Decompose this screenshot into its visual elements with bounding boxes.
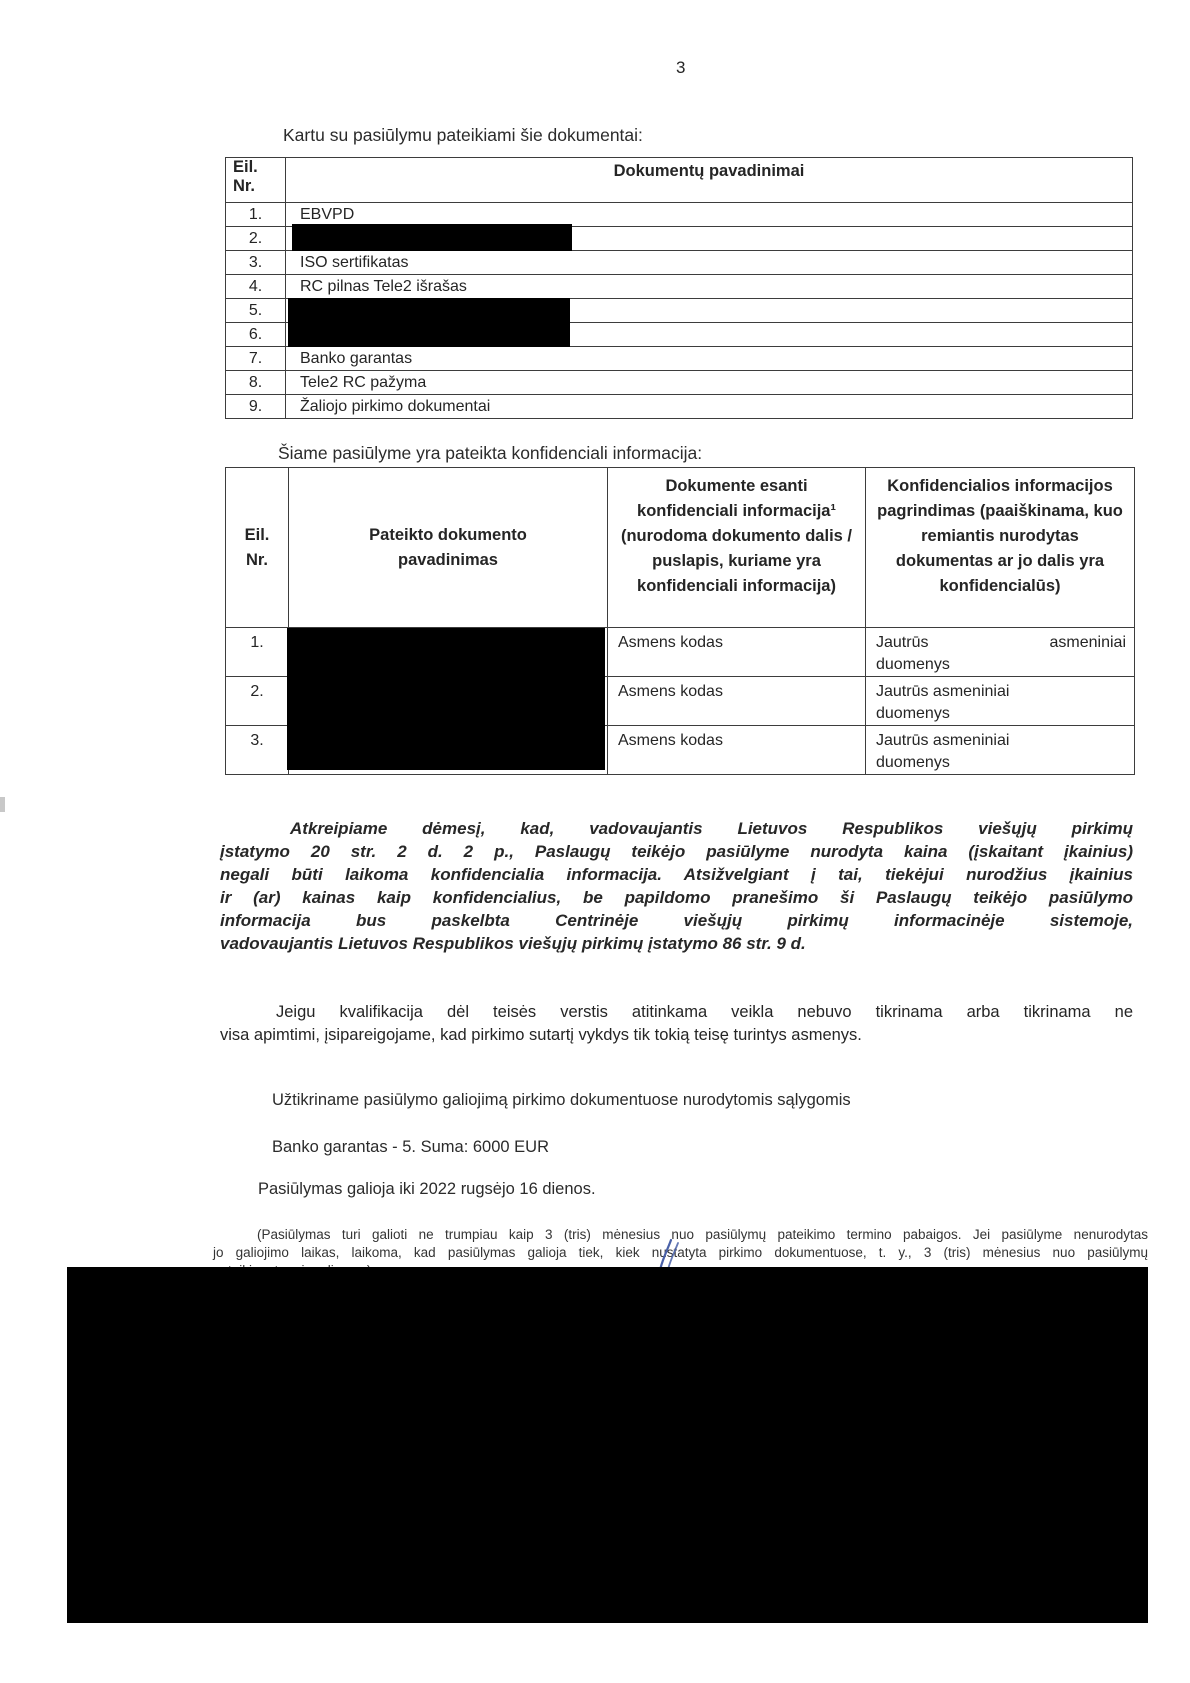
row-number-cell: 1. [226, 203, 286, 227]
redaction-block-bottom [67, 1267, 1148, 1623]
scanned-document-page: { "page": { "number": "3" }, "colors": {… [0, 0, 1190, 1683]
document-name-cell: EBVPD [286, 203, 1133, 227]
redaction-box-document-2 [292, 224, 572, 251]
row-number-cell: 6. [226, 323, 286, 347]
legal-notice-line: Atkreipiame dėmesį, kad, vadovaujantis L… [220, 817, 1133, 840]
basis-cell: Jautrūs asmeniniaiduomenys [866, 628, 1135, 677]
basis-cell: Jautrūs asmeniniaiduomenys [866, 677, 1135, 726]
offer-validity-line: Pasiūlymas galioja iki 2022 rugsėjo 16 d… [258, 1180, 596, 1199]
legal-notice-line: vadovaujantis Lietuvos Respublikos viešų… [220, 932, 1133, 955]
qualification-line: Jeigu kvalifikacija dėl teisės verstis a… [220, 1001, 1133, 1024]
qualification-line: visa apimtimi, įsipareigojame, kad pirki… [220, 1024, 1133, 1047]
document-name-cell: Žaliojo pirkimo dokumentai [286, 395, 1133, 419]
documents-table-header-name: Dokumentų pavadinimai [286, 158, 1133, 203]
documents-table-header-nr: Eil. Nr. [226, 158, 286, 203]
validity-assurance-line: Užtikriname pasiūlymo galiojimą pirkimo … [272, 1091, 851, 1110]
documents-table-row: 3.ISO sertifikatas [226, 251, 1133, 275]
confidential-section-heading: Šiame pasiūlyme yra pateikta konfidencia… [278, 443, 702, 464]
document-name-cell: ISO sertifikatas [286, 251, 1133, 275]
basis-line: Jautrūs asmeniniai [876, 730, 1126, 752]
basis-line: duomenys [876, 703, 1126, 725]
documents-section-heading: Kartu su pasiūlymu pateikiami šie dokume… [283, 125, 643, 146]
legal-notice-line: informacija bus paskelbta Centrinėje vie… [220, 909, 1133, 932]
scan-margin-artifact [0, 797, 5, 812]
document-name-cell: Tele2 RC pažyma [286, 371, 1133, 395]
row-number-cell: 7. [226, 347, 286, 371]
row-number-cell: 4. [226, 275, 286, 299]
documents-table-row: 9.Žaliojo pirkimo dokumentai [226, 395, 1133, 419]
confidential-table-header-doc: Pateikto dokumento pavadinimas [289, 468, 608, 628]
confidential-info-cell: Asmens kodas [608, 726, 866, 775]
row-number-cell: 8. [226, 371, 286, 395]
bank-guarantee-line: Banko garantas - 5. Suma: 6000 EUR [272, 1138, 549, 1157]
qualification-paragraph: Jeigu kvalifikacija dėl teisės verstis a… [220, 1001, 1133, 1047]
basis-line: Jautrūs asmeniniai [876, 632, 1126, 654]
row-number-cell: 5. [226, 299, 286, 323]
basis-line: Jautrūs asmeniniai [876, 681, 1126, 703]
basis-cell: Jautrūs asmeniniaiduomenys [866, 726, 1135, 775]
confidential-table-header-basis: Konfidencialios informacijos pagrindimas… [866, 468, 1135, 628]
confidential-table: Eil. Nr. Pateikto dokumento pavadinimas … [225, 467, 1135, 775]
confidential-info-cell: Asmens kodas [608, 628, 866, 677]
basis-line: duomenys [876, 752, 1126, 774]
documents-table-row: 7.Banko garantas [226, 347, 1133, 371]
confidential-table-header-nr: Eil. Nr. [226, 468, 289, 628]
legal-notice-line: įstatymo 20 str. 2 d. 2 p., Paslaugų tei… [220, 840, 1133, 863]
row-number-cell: 3. [226, 251, 286, 275]
page-number: 3 [676, 58, 685, 78]
documents-table: Eil. Nr. Dokumentų pavadinimai 1.EBVPD2.… [225, 157, 1133, 419]
confidential-info-cell: Asmens kodas [608, 677, 866, 726]
row-number-cell: 1. [226, 628, 289, 677]
document-name-cell: RC pilnas Tele2 išrašas [286, 275, 1133, 299]
documents-table-row: 4.RC pilnas Tele2 išrašas [226, 275, 1133, 299]
documents-table-row: 1.EBVPD [226, 203, 1133, 227]
row-number-cell: 9. [226, 395, 286, 419]
row-number-cell: 2. [226, 227, 286, 251]
basis-line: duomenys [876, 654, 1126, 676]
confidential-table-header-info: Dokumente esanti konfidenciali informaci… [608, 468, 866, 628]
redaction-box-documents-5-6 [288, 298, 570, 347]
legal-notice-paragraph: Atkreipiame dėmesį, kad, vadovaujantis L… [220, 817, 1133, 955]
legal-notice-line: negali būti laikoma konfidencialia infor… [220, 863, 1133, 886]
legal-notice-line: ir (ar) kainas kaip konfidencialius, be … [220, 886, 1133, 909]
row-number-cell: 3. [226, 726, 289, 775]
documents-table-row: 8.Tele2 RC pažyma [226, 371, 1133, 395]
redaction-box-confidential-docs [287, 628, 605, 770]
document-name-cell: Banko garantas [286, 347, 1133, 371]
row-number-cell: 2. [226, 677, 289, 726]
